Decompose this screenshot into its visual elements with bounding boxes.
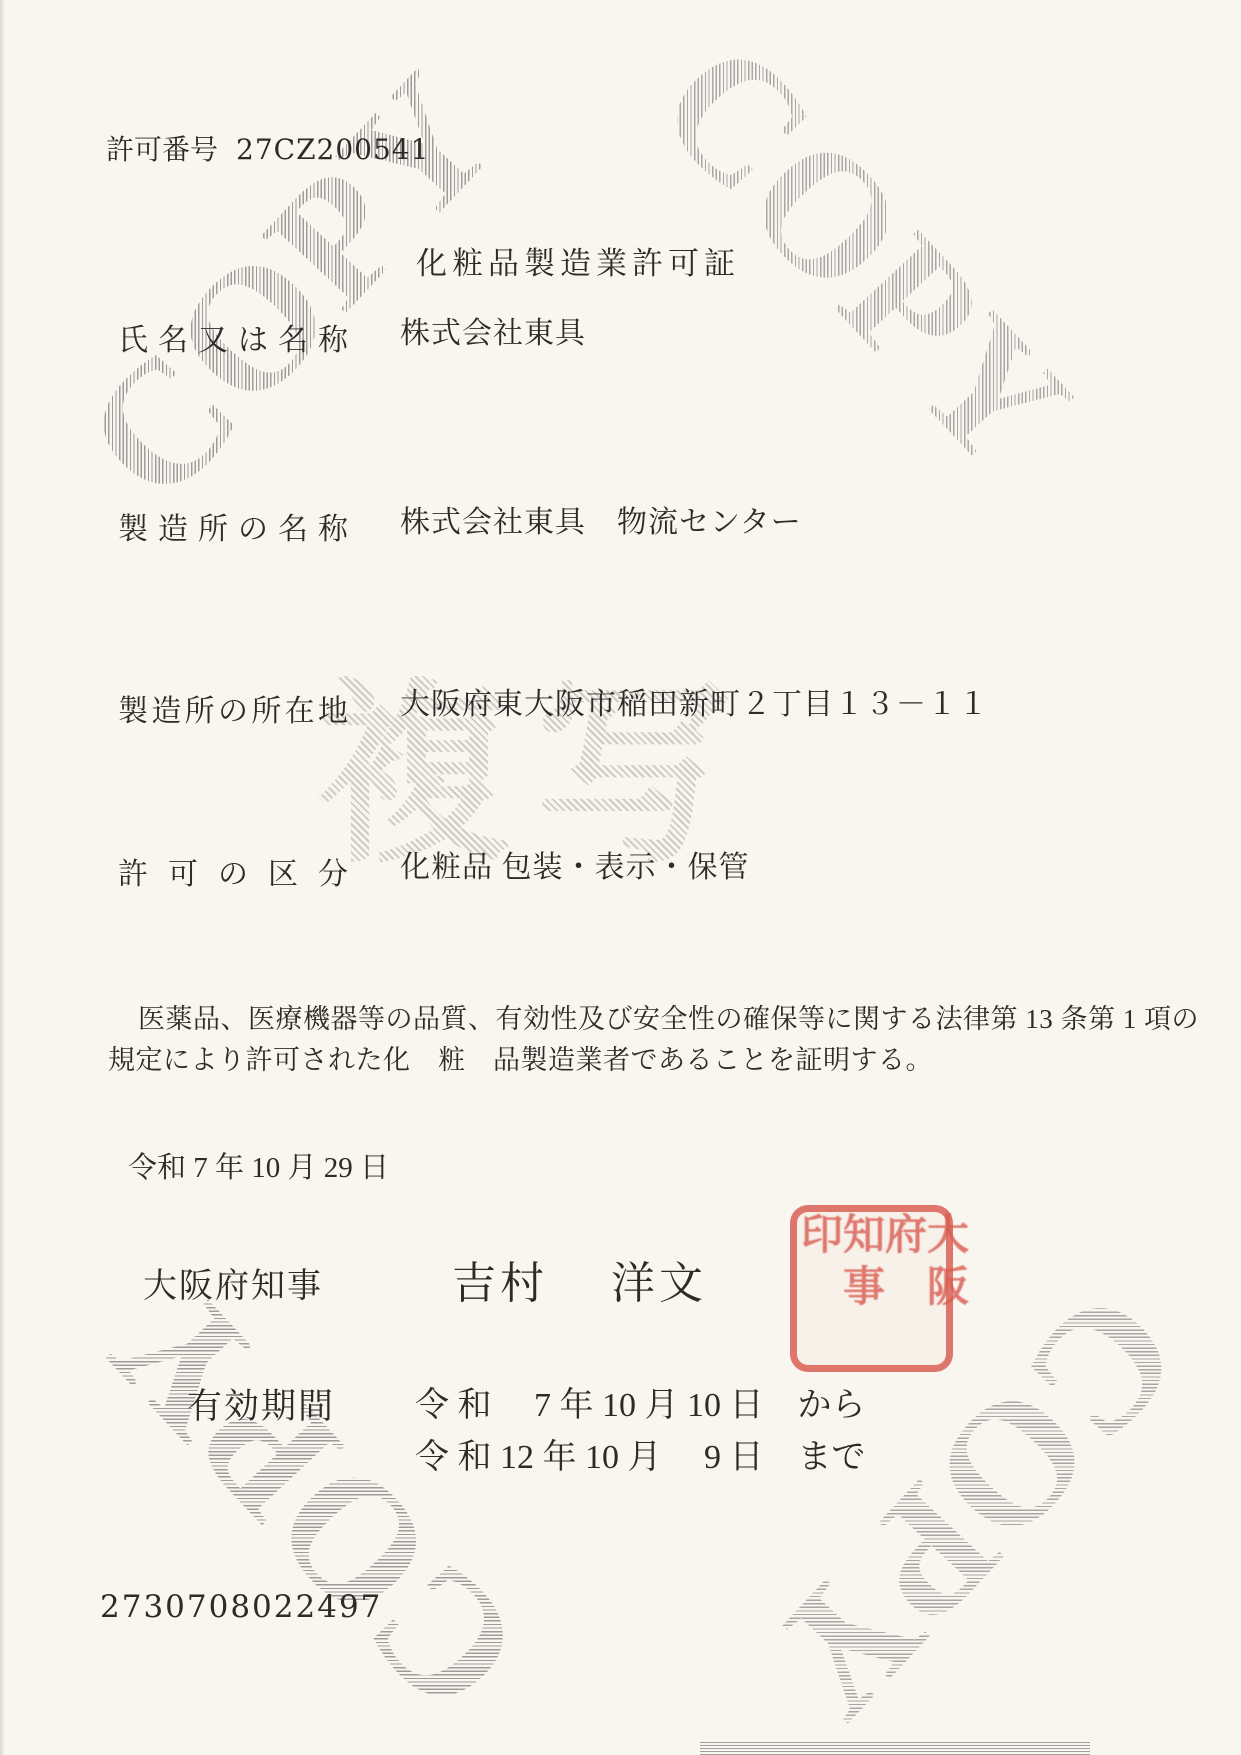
serial-number: 2730708022497 [100, 1588, 382, 1627]
field-value-permit-category: 化粧品 包装・表示・保管 [400, 849, 750, 887]
seal-left-column-text: 知事印 [797, 1212, 881, 1365]
issuer-name: 吉村 洋文 [452, 1256, 707, 1311]
field-label-name: 氏名又は名称 [118, 315, 348, 359]
governor-official-seal: 大阪府 知事印 [790, 1205, 953, 1372]
copy-watermark-bottom-left: COPY [79, 1256, 551, 1744]
permit-number-label: 許可番号 [106, 135, 218, 166]
permit-number-value: 27CZ200541 [236, 133, 429, 166]
field-label-permit-category: 許可の区分 [118, 849, 348, 893]
document-title: 化粧品製造業許可証 [416, 245, 740, 284]
page-left-edge-shadow [0, 0, 5, 1755]
copy-watermark-top-left: COPY [54, 43, 526, 531]
field-value-factory-address: 大阪府東大阪市稲田新町２丁目１３－１１ [400, 686, 989, 724]
field-value-factory-name: 株式会社東具 物流センター [400, 504, 802, 542]
issuer-title: 大阪府知事 [143, 1266, 323, 1309]
bottom-edge-hatch-artifact [700, 1740, 1090, 1755]
validity-from-date: 令 和 7 年 10 月 10 日 から [415, 1385, 866, 1428]
cosmetics-manufacturing-license-document: COPY COPY COPY COPY 複写 許可番号27CZ200541 化粧… [0, 0, 1241, 1755]
legal-text-line-2: 規定により許可された化 粧 品製造業者であることを証明する。 [108, 1044, 933, 1078]
validity-to-date: 令 和 12 年 10 月 9 日 まで [415, 1437, 866, 1480]
field-label-factory-address: 製造所の所在地 [118, 686, 348, 730]
issue-date: 令和 7 年 10 月 29 日 [128, 1150, 389, 1186]
seal-right-column-text: 大阪府 [881, 1212, 965, 1365]
field-value-name: 株式会社東具 [400, 315, 586, 353]
permit-number-row: 許可番号27CZ200541 [106, 132, 429, 168]
validity-period-label: 有効期間 [187, 1385, 335, 1429]
field-label-factory-name: 製造所の名称 [118, 504, 348, 548]
legal-text-line-1: 医薬品、医療機器等の品質、有効性及び安全性の確保等に関する法律第 13 条第 1… [138, 1003, 1199, 1037]
